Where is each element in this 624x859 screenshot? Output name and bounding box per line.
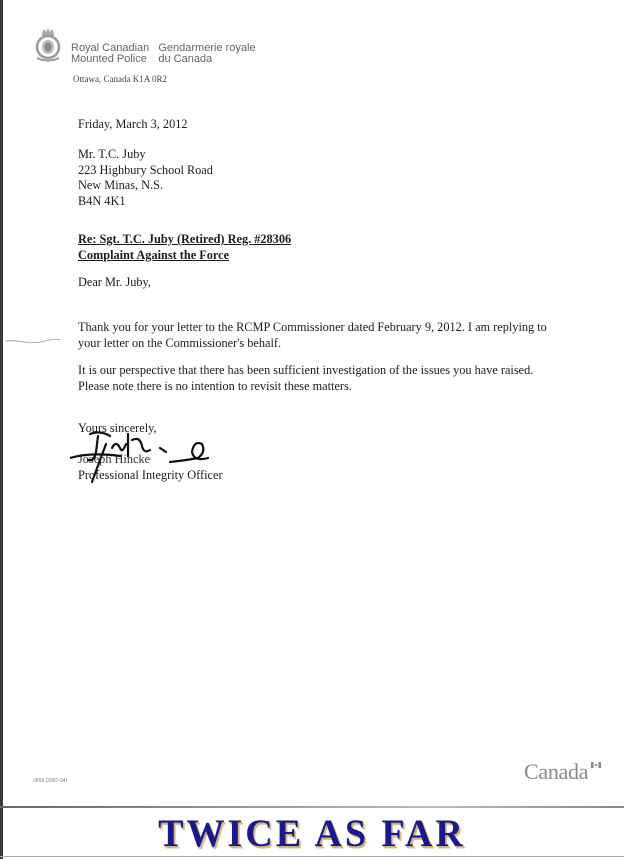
org-name-en-line2: Mounted Police xyxy=(71,54,149,65)
subject-title: Complaint Against the Force xyxy=(78,248,291,264)
body-paragraph: It is our perspective that there has bee… xyxy=(78,363,533,394)
form-code: 2659 (2007-04) xyxy=(33,778,67,784)
paragraph-line: your letter on the Commissioner's behalf… xyxy=(78,336,547,352)
letterhead-address: Ottawa, Canada K1A 0R2 xyxy=(73,74,167,84)
recipient-postal-code: B4N 4K1 xyxy=(78,194,213,210)
recipient-address: Mr. T.C. Juby 223 Highbury School Road N… xyxy=(78,147,213,209)
paragraph-line: Thank you for your letter to the RCMP Co… xyxy=(78,320,547,336)
letter-date: Friday, March 3, 2012 xyxy=(78,117,188,133)
recipient-street: 223 Highbury School Road xyxy=(78,163,213,179)
rcmp-crest-icon xyxy=(33,27,63,63)
scan-footer-edge xyxy=(0,856,624,857)
subject-reference: Re: Sgt. T.C. Juby (Retired) Reg. #28306 xyxy=(78,232,291,248)
salutation: Dear Mr. Juby, xyxy=(78,275,151,291)
twice-as-far-banner: TWICE AS FAR xyxy=(0,812,624,857)
org-name-fr-line2: du Canada xyxy=(158,54,255,65)
scan-page-edge xyxy=(0,0,3,859)
paragraph-line: Please note there is no intention to rev… xyxy=(78,379,533,395)
recipient-city: New Minas, N.S. xyxy=(78,178,213,194)
organization-names: Royal Canadian Mounted Police Gendarmeri… xyxy=(71,43,256,65)
body-paragraph: Thank you for your letter to the RCMP Co… xyxy=(78,320,547,351)
scan-page-bottom-edge xyxy=(0,806,624,808)
handwritten-signature-icon xyxy=(70,422,220,484)
subject-line: Re: Sgt. T.C. Juby (Retired) Reg. #28306… xyxy=(78,232,291,263)
canada-flag-icon xyxy=(591,762,601,768)
recipient-name: Mr. T.C. Juby xyxy=(78,147,213,163)
canada-wordmark: Canada xyxy=(524,759,588,785)
paragraph-line: It is our perspective that there has bee… xyxy=(78,363,533,379)
scan-artifact-mark xyxy=(5,339,60,343)
